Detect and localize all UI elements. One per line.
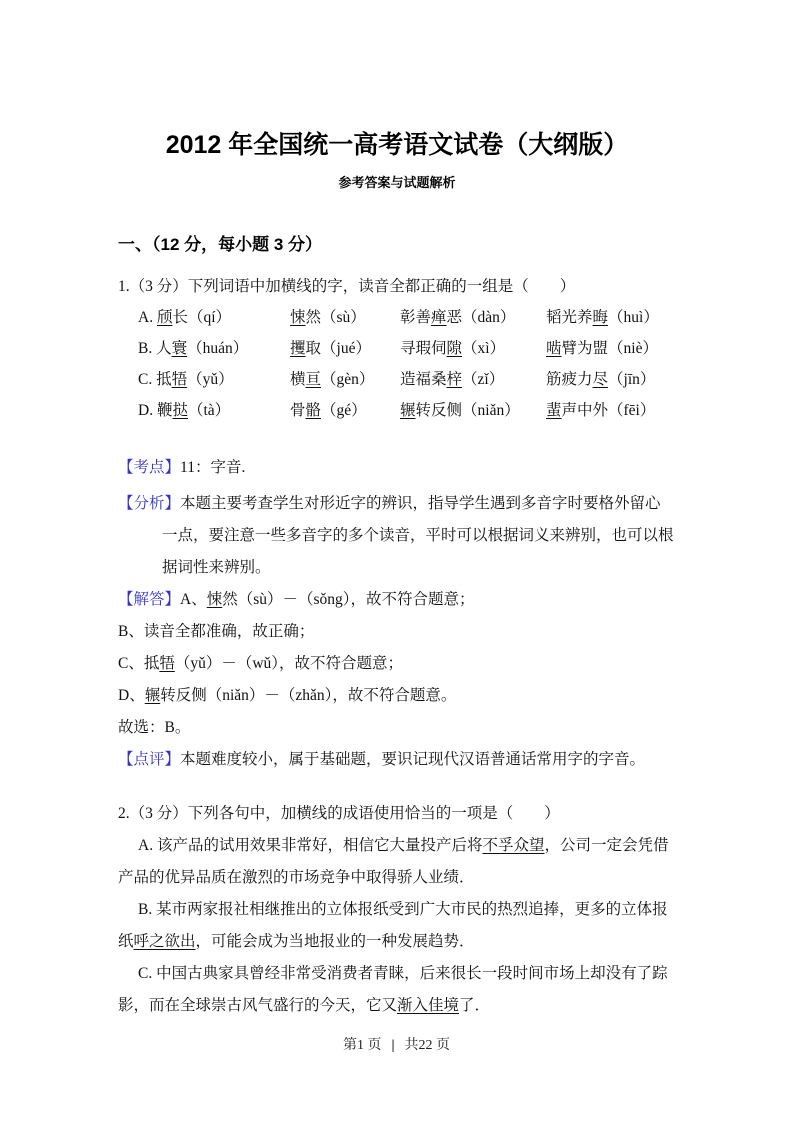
kaodian-text: 11：字音. (180, 459, 245, 476)
text-segment: （yǔ） (187, 371, 234, 388)
q1-option-row-b: B. 人寰（huán） 攫取（jué） 寻瑕伺隙（xì） 啮臂为盟（niè） (118, 333, 676, 364)
underlined-term: 颀 (157, 309, 173, 326)
document-page: 2012 年全国统一高考语文试卷（大纲版） 参考答案与试题解析 一、（12 分，… (0, 0, 793, 1122)
text-segment: 造福桑 (400, 371, 447, 388)
underlined-term: 骼 (306, 402, 322, 419)
underlined-term: 悚 (207, 591, 223, 608)
fenxi-label: 【分析】 (118, 495, 180, 512)
page-title: 2012 年全国统一高考语文试卷（大纲版） (118, 130, 676, 160)
text-segment: A. 该产品的试用效果非常好，相信它大量投产后将 (138, 837, 482, 854)
underlined-term: 梓 (447, 371, 463, 388)
q1-option-cell: 攫取（jué） (290, 333, 400, 364)
underlined-term: 渐入佳境 (397, 997, 459, 1014)
q2-option-a: A. 该产品的试用效果非常好，相信它大量投产后将不孚众望，公司一定会凭借产品的优… (118, 830, 676, 894)
underlined-term: 挞 (172, 402, 188, 419)
text-segment: 转反侧（niǎn）－（zhǎn），故不符合题意。 (160, 687, 456, 704)
q1-option-cell: 辗转反侧（niǎn） (400, 395, 546, 426)
q1-option-cell: 啮臂为盟（niè） (546, 333, 676, 364)
text-segment: B、读音全都准确，故正确； (118, 623, 314, 640)
text-segment: 了． (459, 997, 490, 1014)
text-segment: 声中外（fēi） (562, 402, 656, 419)
underlined-term: 不孚众望 (482, 837, 544, 854)
underlined-term: 啮 (546, 340, 562, 357)
text-segment: B. 人 (138, 340, 172, 357)
text-segment: C、抵 (118, 655, 159, 672)
q1-option-cell: 悚然（sù） (290, 302, 400, 333)
q1-stem: 1.（3 分）下列词语中加横线的字，读音全都正确的一组是（ ） (118, 271, 676, 302)
text-segment: （xì） (462, 340, 505, 357)
q1-option-cell: 筋疲力尽（jīn） (546, 364, 676, 395)
text-segment: （huán） (187, 340, 248, 357)
q1-option-cell: 韬光养晦（huì） (546, 302, 676, 333)
q2-stem: 2.（3 分）下列各句中，加横线的成语使用恰当的一项是（ ） (118, 798, 676, 830)
text-segment: （gé） (321, 402, 367, 419)
fenxi-text: 本题主要考查学生对形近字的辨识，指导学生遇到多音字时要格外留心一点，要注意一些多… (162, 495, 674, 576)
q1-jieda-line-b: B、读音全都准确，故正确； (118, 616, 676, 648)
jieda-label: 【解答】 (118, 591, 180, 608)
q1-jieda-line-d: D、辗转反侧（niǎn）－（zhǎn），故不符合题意。 (118, 680, 676, 712)
q1-dianping: 【点评】本题难度较小，属于基础题，要识记现代汉语普通话常用字的字音。 (118, 744, 676, 776)
underlined-term: 牾 (172, 371, 188, 388)
kaodian-label: 【考点】 (118, 459, 180, 476)
q1-option-cell: 造福桑梓（zǐ） (400, 364, 546, 395)
text-segment: （yǔ）－（wǔ），故不符合题意； (175, 655, 403, 672)
page-content: 2012 年全国统一高考语文试卷（大纲版） 参考答案与试题解析 一、（12 分，… (0, 0, 793, 1022)
text-segment: 长（qí） (172, 309, 231, 326)
text-segment: A. (138, 309, 157, 326)
text-segment: （zǐ） (462, 371, 504, 388)
text-segment: 骨 (290, 402, 306, 419)
q1-option-cell: A. 颀长（qí） (138, 302, 290, 333)
q1-option-cell: B. 人寰（huán） (138, 333, 290, 364)
text-segment: 筋疲力 (546, 371, 593, 388)
text-segment: 故选：B。 (118, 719, 190, 736)
text-segment: 然（sù）－（sǒng），故不符合题意； (222, 591, 474, 608)
underlined-term: 亘 (306, 371, 322, 388)
text-segment: （gèn） (321, 371, 374, 388)
q2-option-b: B. 某市两家报社相继推出的立体报纸受到广大市民的热烈追捧，更多的立体报纸呼之欲… (118, 894, 676, 958)
text-segment: 臂为盟（niè） (562, 340, 658, 357)
underlined-term: 寰 (172, 340, 188, 357)
underlined-term: 尽 (593, 371, 609, 388)
text-segment: D、 (118, 687, 145, 704)
underlined-term: 辗 (400, 402, 416, 419)
q1-option-cell: D. 鞭挞（tà） (138, 395, 290, 426)
q1-option-cell: 横亘（gèn） (290, 364, 400, 395)
text-segment: 然（sù） (306, 309, 366, 326)
text-segment: C. 抵 (138, 371, 172, 388)
underlined-term: 呼之欲出 (134, 933, 196, 950)
q2-option-c: C. 中国古典家具曾经非常受消费者青睐，后来很长一段时间市场上却没有了踪影，而在… (118, 958, 676, 1022)
underlined-term: 蜚 (546, 402, 562, 419)
underlined-term: 悚 (290, 309, 306, 326)
q1-option-row-a: A. 颀长（qí） 悚然（sù） 彰善瘅恶（dàn） 韬光养晦（huì） (118, 302, 676, 333)
text-segment: 取（jué） (306, 340, 371, 357)
text-segment: 恶（dàn） (447, 309, 516, 326)
q1-option-cell: C. 抵牾（yǔ） (138, 364, 290, 395)
text-segment: （huì） (608, 309, 659, 326)
q1-option-row-d: D. 鞭挞（tà） 骨骼（gé） 辗转反侧（niǎn） 蜚声中外（fēi） (118, 395, 676, 426)
dianping-label: 【点评】 (118, 751, 180, 768)
text-segment: D. 鞭 (138, 402, 172, 419)
text-segment: 转反侧（niǎn） (416, 402, 520, 419)
text-segment: 寻瑕伺 (400, 340, 447, 357)
page-footer: 第1 页|共22 页 (0, 1036, 793, 1056)
q1-option-cell: 寻瑕伺隙（xì） (400, 333, 546, 364)
underlined-term: 瘅 (431, 309, 447, 326)
q1-option-cell: 骨骼（gé） (290, 395, 400, 426)
text-segment: 彰善 (400, 309, 431, 326)
q1-option-cell: 彰善瘅恶（dàn） (400, 302, 546, 333)
q1-jieda-conclusion: 故选：B。 (118, 712, 676, 744)
footer-page-current: 第1 页 (343, 1038, 382, 1053)
underlined-term: 隙 (447, 340, 463, 357)
underlined-term: 牾 (159, 655, 175, 672)
q1-option-row-c: C. 抵牾（yǔ） 横亘（gèn） 造福桑梓（zǐ） 筋疲力尽（jīn） (118, 364, 676, 395)
q1-jieda-line-c: C、抵牾（yǔ）－（wǔ），故不符合题意； (118, 648, 676, 680)
q1-option-cell: 蜚声中外（fēi） (546, 395, 676, 426)
text-segment: C. 中国古典家具曾经非常受消费者青睐，后来很长一段时间市场上却没有了踪影，而在… (118, 965, 668, 1014)
footer-page-total: 共22 页 (405, 1038, 451, 1053)
q1-kaodian: 【考点】11：字音. (118, 452, 676, 483)
dianping-text: 本题难度较小，属于基础题，要识记现代汉语普通话常用字的字音。 (180, 751, 645, 768)
footer-divider: | (391, 1038, 394, 1053)
underlined-term: 晦 (593, 309, 609, 326)
text-segment: A、 (180, 591, 207, 608)
text-segment: ，可能会成为当地报业的一种发展趋势． (196, 933, 475, 950)
q1-fenxi: 【分析】本题主要考查学生对形近字的辨识，指导学生遇到多音字时要格外留心一点，要注… (118, 488, 676, 584)
jieda-text: A、悚然（sù）－（sǒng），故不符合题意； (180, 591, 475, 608)
text-segment: （tà） (188, 402, 230, 419)
underlined-term: 攫 (290, 340, 306, 357)
underlined-term: 辗 (145, 687, 161, 704)
section-heading: 一、（12 分，每小题 3 分） (118, 233, 676, 257)
q1-jieda-line-a: 【解答】A、悚然（sù）－（sǒng），故不符合题意； (118, 584, 676, 616)
text-segment: 韬光养 (546, 309, 593, 326)
text-segment: （jīn） (608, 371, 655, 388)
text-segment: 横 (290, 371, 306, 388)
page-subtitle: 参考答案与试题解析 (118, 176, 676, 190)
